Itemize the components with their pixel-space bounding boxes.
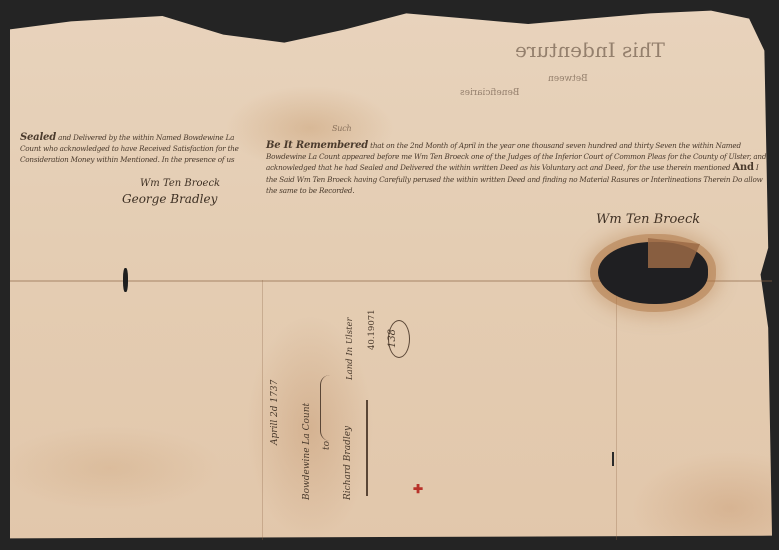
signature-bradley: George Bradley bbox=[122, 192, 217, 206]
margin-note: Such bbox=[332, 124, 351, 133]
acknowledgement-and: And bbox=[732, 162, 753, 173]
docket-brace-note: Land In Ulster bbox=[345, 317, 355, 380]
bleed-through-line: Between bbox=[548, 74, 588, 84]
vertical-fold bbox=[616, 280, 617, 540]
vertical-fold bbox=[262, 280, 263, 540]
red-ink-mark: ✚ bbox=[413, 482, 423, 496]
catalog-number: 40.19071 bbox=[367, 309, 377, 350]
witness-block: Sealed and Delivered by the within Named… bbox=[20, 132, 240, 166]
ink-mark bbox=[612, 452, 614, 466]
paper-tear bbox=[123, 268, 128, 292]
docket-party-2: Richard Bradley bbox=[343, 426, 353, 500]
circled-number-text: 138 bbox=[387, 329, 398, 348]
docket-underline bbox=[366, 400, 368, 496]
bleed-through-heading: This Indenture bbox=[515, 38, 665, 62]
witness-lead: Sealed bbox=[20, 132, 56, 143]
signature-ten-broeck: Wm Ten Broeck bbox=[140, 178, 220, 189]
bleed-through-line: Beneficiaries bbox=[460, 88, 519, 98]
docket-party-1: Bowdewine La Count bbox=[302, 403, 312, 500]
circled-number: 138 bbox=[388, 320, 410, 358]
docket-brace bbox=[320, 375, 337, 441]
docket-date: Aprill 2d 1737 bbox=[270, 380, 280, 445]
acknowledgement-lead: Be It Remembered bbox=[266, 140, 368, 151]
judge-signature: Wm Ten Broeck bbox=[596, 212, 700, 227]
acknowledgement-block: Be It Remembered that on the 2nd Month o… bbox=[266, 140, 771, 196]
docket-connector: to bbox=[322, 441, 332, 450]
